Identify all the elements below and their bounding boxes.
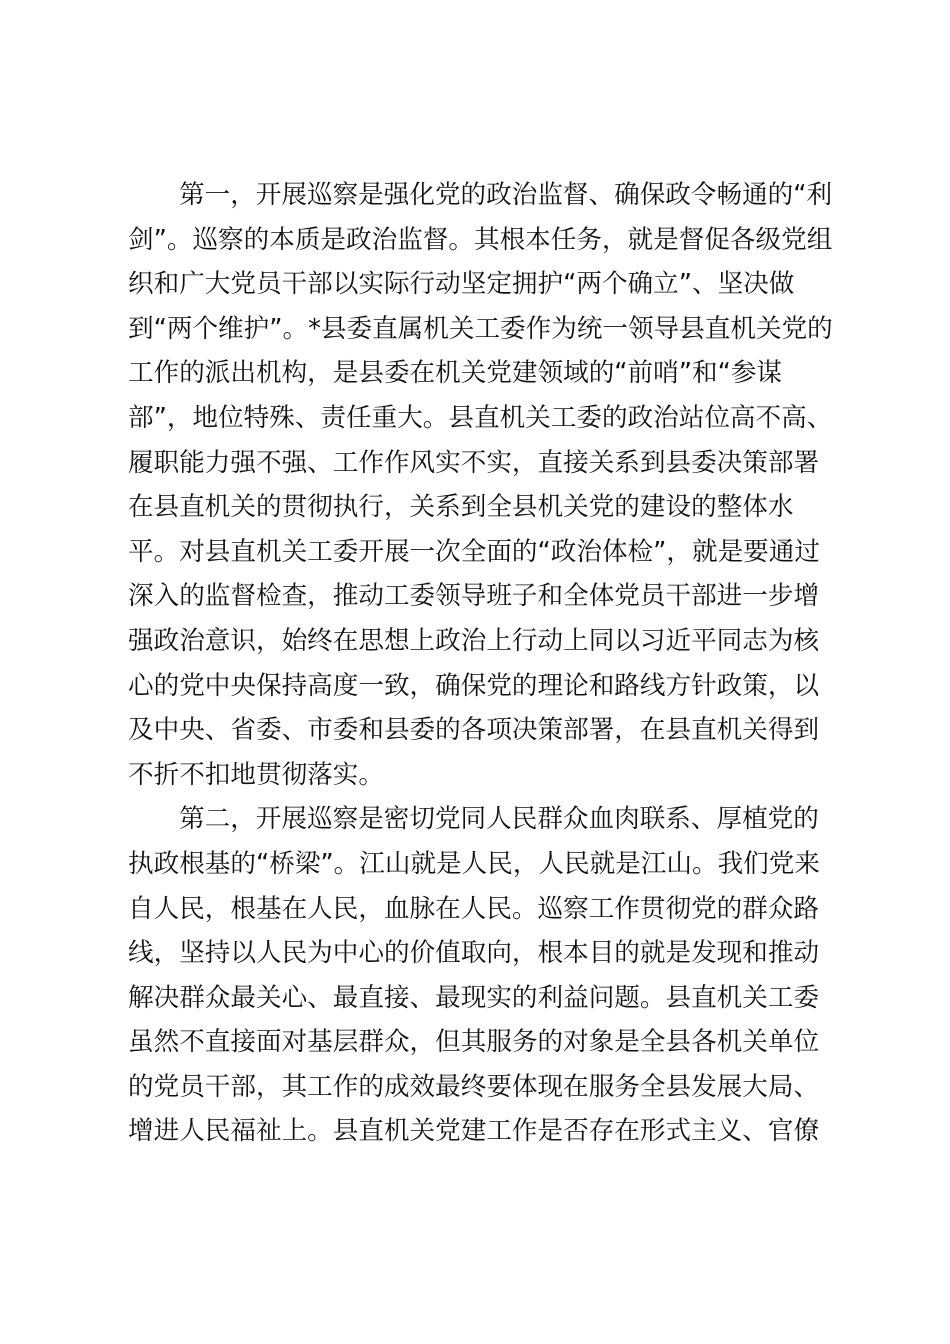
paragraph-line: 第二，开展巡察是密切党同人民群众血肉联系、厚植党的 xyxy=(128,797,832,842)
paragraph-line: 平。对县直机关工委开展一次全面的“政治体检”，就是要通过 xyxy=(128,530,832,575)
paragraph-line: 强政治意识，始终在思想上政治上行动上同以习近平同志为核 xyxy=(128,619,832,664)
paragraph-line: 不折不扣地贯彻落实。 xyxy=(128,753,832,798)
paragraph-line: 部”，地位特殊、责任重大。县直机关工委的政治站位高不高、 xyxy=(128,396,832,441)
paragraph-2: 第二，开展巡察是密切党同人民群众血肉联系、厚植党的 执政根基的“桥梁”。江山就是… xyxy=(128,797,832,1154)
paragraph-line: 到“两个维护”。*县委直属机关工委作为统一领导县直机关党的 xyxy=(128,307,832,352)
paragraph-line: 解决群众最关心、最直接、最现实的利益问题。县直机关工委 xyxy=(128,976,832,1021)
paragraph-line: 剑”。巡察的本质是政治监督。其根本任务，就是督促各级党组 xyxy=(128,218,832,263)
paragraph-line: 履职能力强不强、工作作风实不实，直接关系到县委决策部署 xyxy=(128,441,832,486)
paragraph-line: 在县直机关的贯彻执行，关系到全县机关党的建设的整体水 xyxy=(128,485,832,530)
paragraph-line: 工作的派出机构，是县委在机关党建领域的“前哨”和“参谋 xyxy=(128,351,832,396)
paragraph-1: 第一，开展巡察是强化党的政治监督、确保政令畅通的“利 剑”。巡察的本质是政治监督… xyxy=(128,173,832,797)
paragraph-line: 及中央、省委、市委和县委的各项决策部署，在县直机关得到 xyxy=(128,708,832,753)
paragraph-line: 增进人民福祉上。县直机关党建工作是否存在形式主义、官僚 xyxy=(128,1109,832,1154)
paragraph-line: 自人民，根基在人民，血脉在人民。巡察工作贯彻党的群众路 xyxy=(128,887,832,932)
paragraph-line: 第一，开展巡察是强化党的政治监督、确保政令畅通的“利 xyxy=(128,173,832,218)
paragraph-line: 心的党中央保持高度一致，确保党的理论和路线方针政策，以 xyxy=(128,664,832,709)
paragraph-line: 织和广大党员干部以实际行动坚定拥护“两个确立”、坚决做 xyxy=(128,262,832,307)
paragraph-line: 线，坚持以人民为中心的价值取向，根本目的就是发现和推动 xyxy=(128,931,832,976)
paragraph-line: 执政根基的“桥梁”。江山就是人民，人民就是江山。我们党来 xyxy=(128,842,832,887)
document-page: 第一，开展巡察是强化党的政治监督、确保政令畅通的“利 剑”。巡察的本质是政治监督… xyxy=(128,173,832,1154)
paragraph-line: 深入的监督检查，推动工委领导班子和全体党员干部进一步增 xyxy=(128,574,832,619)
paragraph-line: 的党员干部，其工作的成效最终要体现在服务全县发展大局、 xyxy=(128,1065,832,1110)
paragraph-line: 虽然不直接面对基层群众，但其服务的对象是全县各机关单位 xyxy=(128,1020,832,1065)
